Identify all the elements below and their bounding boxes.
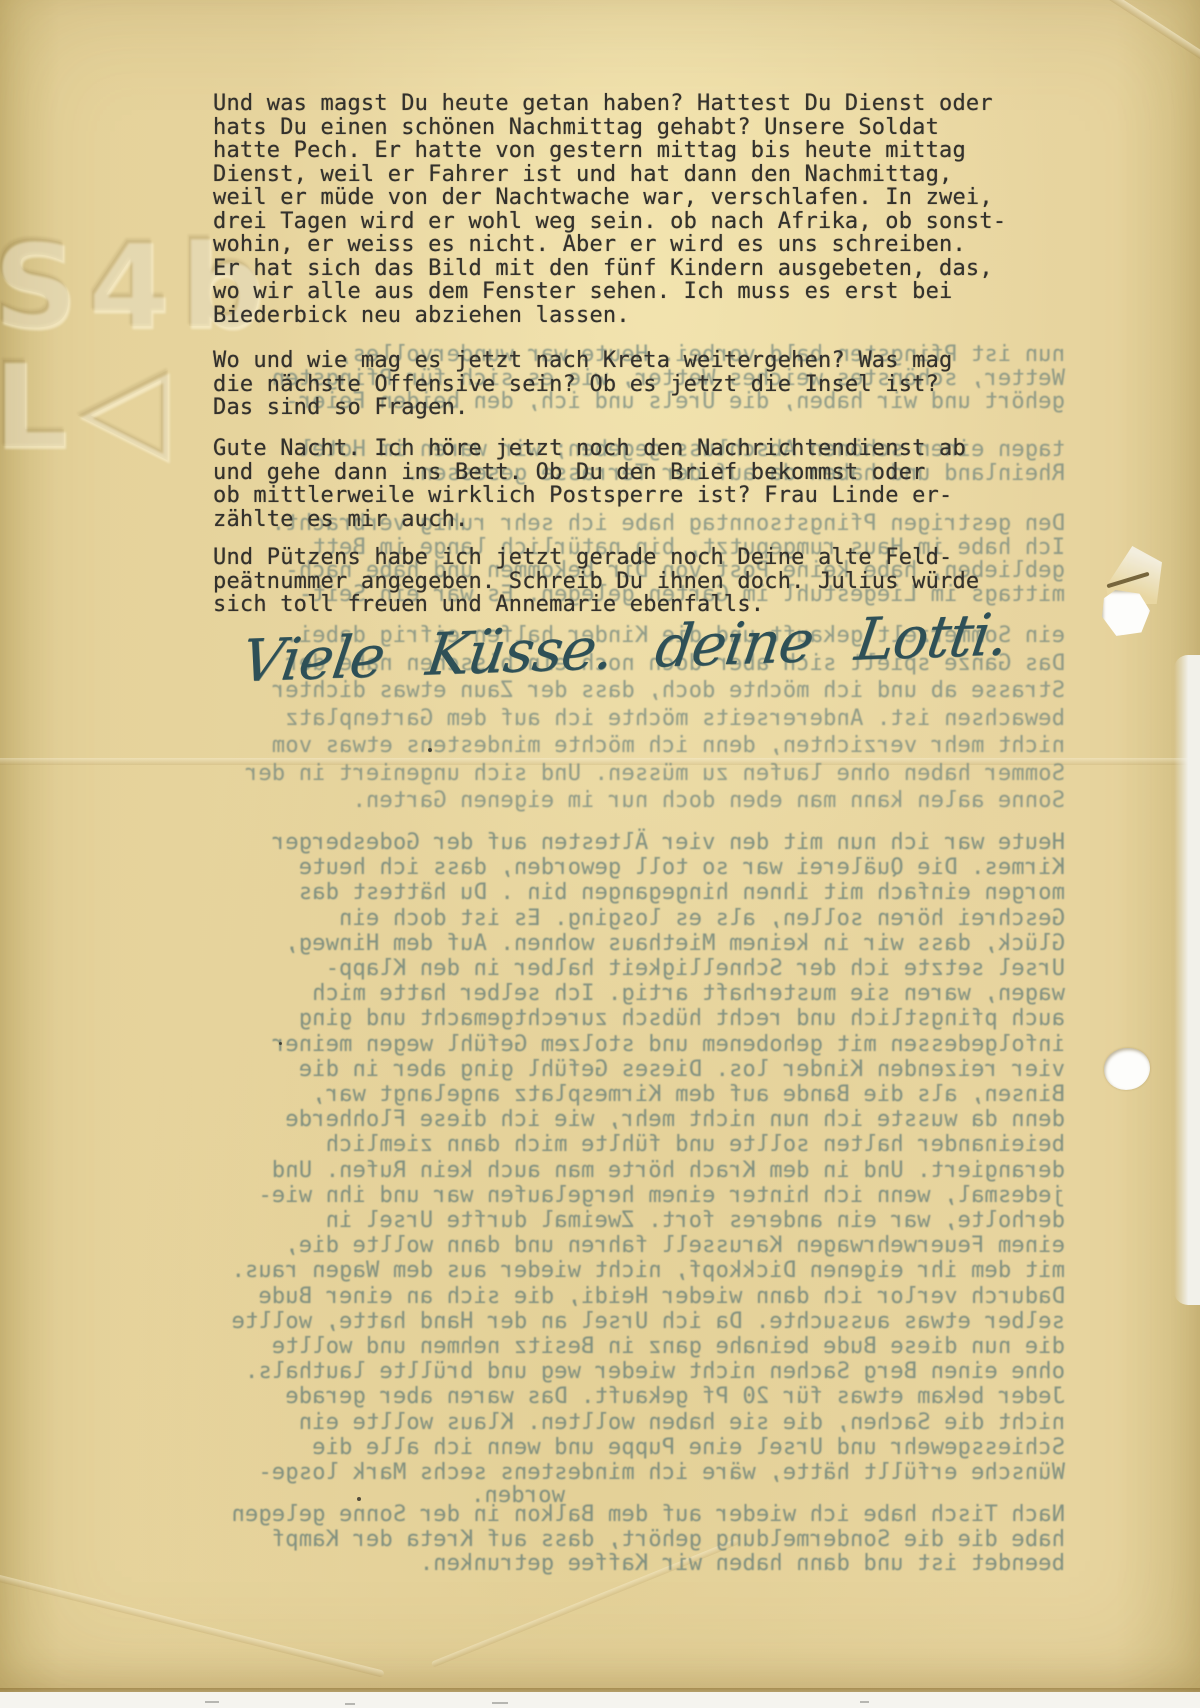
dust-speck (428, 748, 432, 752)
dust-speck (357, 1497, 361, 1501)
bleedthrough-group-5: Heute war ich nun mit den vier Ältesten … (58, 830, 1065, 1485)
typed-paragraph-2: Wo und wie mag es jetzt nach Kreta weite… (213, 349, 1043, 420)
typed-paragraph-1: Und was magst Du heute getan haben? Hatt… (213, 92, 1043, 327)
dust-speck (279, 1042, 282, 1045)
typed-paragraph-3: Gute Nacht. Ich höre jetzt noch den Nach… (213, 437, 1043, 531)
bleedthrough-group-7: Nach Tisch habe ich wieder auf dem Balko… (58, 1503, 1065, 1577)
page-edge-curl (1174, 655, 1200, 1305)
scanner-background-strip (0, 1692, 1200, 1708)
scanned-letter-page: S4bL◁ nun ist Pfingsten bald vorbei. Heu… (0, 0, 1200, 1708)
